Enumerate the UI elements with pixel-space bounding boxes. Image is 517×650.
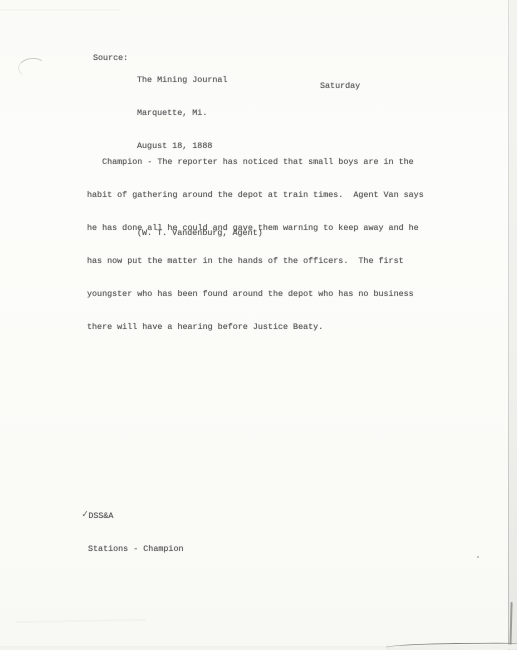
dust-speck [477,556,479,558]
weekday-label: Saturday [320,81,360,92]
article-line: youngster who has been found around the … [87,289,424,300]
attribution: (W. T. Vandenburg, Agent) [137,228,263,239]
scanned-document-page: Source: The Mining Journal Marquette, Mi… [0,0,517,650]
source-location: Marquette, Mi. [137,108,227,119]
filing-code: DSS&A [88,511,113,521]
source-publication: The Mining Journal [137,75,227,86]
article-line: Champion - The reporter has noticed that… [87,157,424,168]
paper-right-edge [508,0,509,650]
source-label: Source: [93,53,128,64]
paper-right-margin [509,0,517,650]
paper-bottom-edge-faint [0,646,390,650]
scan-streak [0,9,120,11]
filing-category: Stations - Champion [82,544,184,555]
article-line: habit of gathering around the depot at t… [87,190,424,201]
article-line: there will have a hearing before Justice… [87,322,424,333]
article-paragraph: Champion - The reporter has noticed that… [87,135,424,355]
article-line: has now put the matter in the hands of t… [87,256,424,267]
filing-line1: ✓DSS&A [82,511,184,522]
filing-notation: ✓DSS&A Stations - Champion [82,489,184,577]
pen-arc-mark [17,57,47,79]
scan-streak [16,619,146,623]
checkmark-icon: ✓ [82,510,89,521]
